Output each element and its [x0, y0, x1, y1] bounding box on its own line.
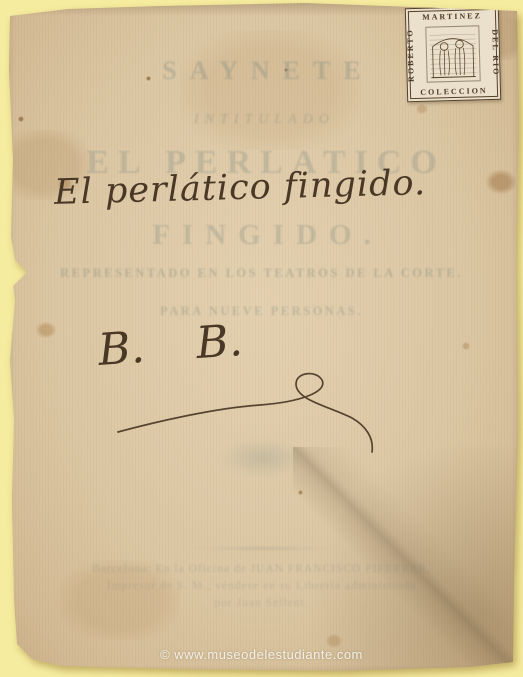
stamp-bottom-label: COLECCION	[408, 86, 500, 97]
ghost-subheader: INTITULADO	[0, 112, 523, 128]
stamp-engraving-icon	[425, 25, 480, 82]
initial-left: B.	[96, 322, 146, 376]
document-scan: SAYNETE INTITULADO EL PERLATICO FINGIDO.…	[0, 0, 523, 677]
stamp-top-label: MARTINEZ	[406, 11, 498, 22]
site-watermark: © www.museodelestudiante.com	[0, 647, 523, 662]
ghost-imprint-line3: por Juan Sellent.	[0, 597, 523, 609]
ghost-cast-note: PARA NUEVE PERSONAS.	[0, 304, 523, 319]
ghost-title-line2: FINGIDO.	[0, 219, 523, 252]
paper-shadow-wrap: SAYNETE INTITULADO EL PERLATICO FINGIDO.…	[0, 0, 523, 677]
ghost-imprint-line2: Impresor de S. M.; véndese en su Librerí…	[0, 580, 523, 592]
stamp-left-label: ROBERTO	[405, 28, 415, 82]
ghost-imprint-line1: Barcelona: En la Oficina de JUAN FRANCIS…	[0, 563, 523, 575]
paper-stains	[0, 0, 523, 677]
stamp-right-label: DEL RIO	[490, 29, 500, 76]
collection-stamp: MARTINEZ DEL RIO COLECCION ROBERTO	[405, 6, 501, 102]
paper-sheet: SAYNETE INTITULADO EL PERLATICO FINGIDO.…	[0, 0, 523, 677]
ghost-performance-note: REPRESENTADO EN LOS TEATROS DE LA CORTE.	[0, 266, 523, 281]
corner-crease	[293, 447, 523, 677]
handwritten-title: El perlático fingido.	[54, 163, 427, 213]
paper-edge-shading	[0, 0, 523, 677]
handwritten-initials: B. B.	[96, 315, 244, 376]
signature-flourish	[100, 370, 390, 465]
ghost-ornament-rule	[188, 546, 338, 551]
initial-right: B.	[194, 315, 244, 369]
